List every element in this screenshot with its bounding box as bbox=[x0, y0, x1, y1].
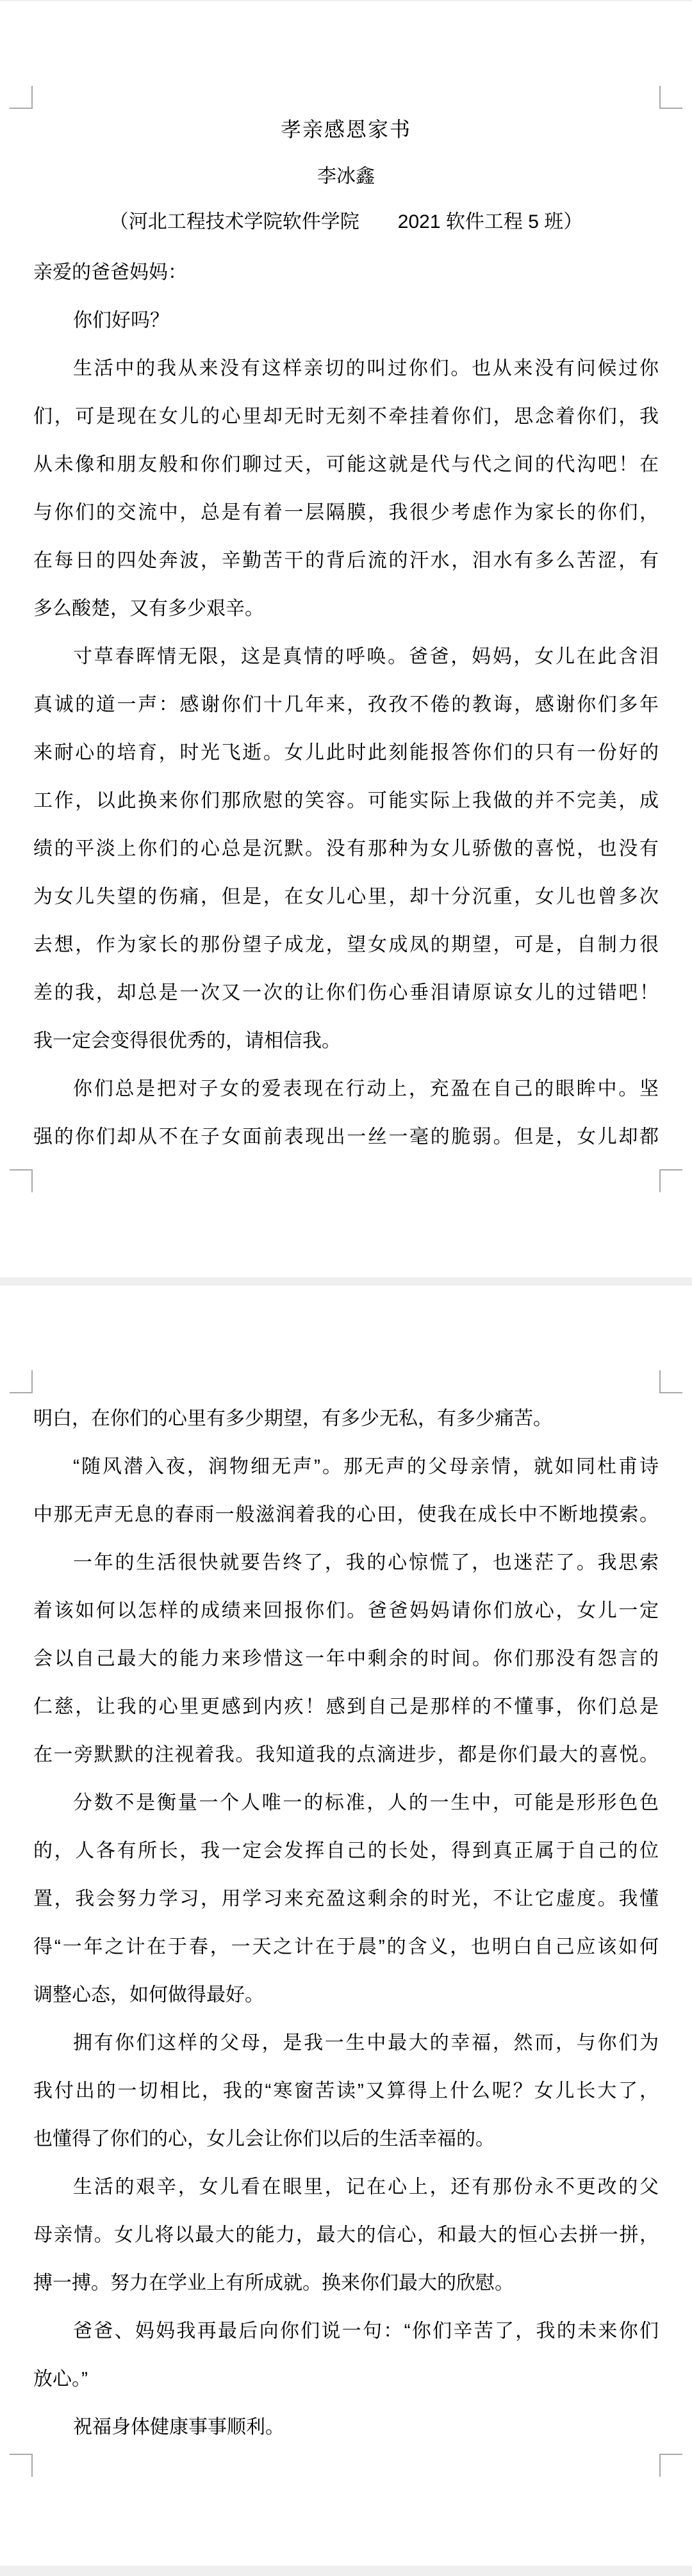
text-line[interactable]: 明白，在你们的心里有多少期望，有多少无私，有多少痛苦。 bbox=[33, 1395, 659, 1443]
text-line[interactable]: 母亲情。女儿将以最大的能力，最大的信心，和最大的恒心去拼一拼， bbox=[33, 2211, 659, 2259]
text-boundary-mark-bottom-right bbox=[659, 2454, 682, 2477]
page-gap-between-pages bbox=[0, 1277, 692, 1286]
text-line[interactable]: 多么酸楚，又有多少艰辛。 bbox=[33, 585, 659, 633]
text-line[interactable]: 一年的生活很快就要告终了，我的心惊慌了，也迷茫了。我思索 bbox=[33, 1539, 659, 1587]
text-line[interactable]: 生活中的我从来没有这样亲切的叫过你们。也从来没有问候过你 bbox=[33, 344, 659, 393]
text-line[interactable]: 的，人各有所长，我一定会发挥自己的长处，得到真正属于自己的位 bbox=[33, 1827, 659, 1875]
text-boundary-mark-top-right bbox=[659, 1370, 682, 1393]
text-line[interactable]: 亲爱的爸爸妈妈： bbox=[33, 248, 659, 296]
page-1-text: 亲爱的爸爸妈妈：你们好吗？生活中的我从来没有这样亲切的叫过你们。也从来没有问候过… bbox=[33, 248, 659, 1161]
text-line[interactable]: 着该如何以怎样的成绩来回报你们。爸爸妈妈请你们放心，女儿一定 bbox=[33, 1587, 659, 1635]
text-line[interactable]: 为女儿失望的伤痛，但是，在女儿心里，却十分沉重，女儿也曾多次 bbox=[33, 873, 659, 921]
page-2[interactable]: 明白，在你们的心里有多少期望，有多少无私，有多少痛苦。“随风潜入夜，润物细无声”… bbox=[0, 1286, 692, 2566]
text-line[interactable]: 们，可是现在女儿的心里却无时无刻不牵挂着你们，思念着你们，我 bbox=[33, 393, 659, 441]
text-line[interactable]: 中那无声无息的春雨一般滋润着我的心田，使我在成长中不断地摸索。 bbox=[33, 1491, 659, 1539]
text-boundary-mark-top-left bbox=[10, 1370, 33, 1393]
text-line[interactable]: 去想，作为家长的那份望子成龙，望女成凤的期望，可是，自制力很 bbox=[33, 921, 659, 969]
text-line[interactable]: 真诚的道一声：感谢你们十几年来，孜孜不倦的教诲，感谢你们多年 bbox=[33, 681, 659, 729]
text-line[interactable]: 祝福身体健康事事顺利。 bbox=[33, 2403, 659, 2451]
text-line[interactable]: “随风潜入夜，润物细无声”。那无声的父母亲情，就如同杜甫诗 bbox=[33, 1443, 659, 1491]
text-boundary-mark-bottom-left bbox=[10, 2454, 33, 2477]
text-line[interactable]: 搏一搏。努力在学业上有所成就。换来你们最大的欣慰。 bbox=[33, 2259, 659, 2307]
text-line[interactable]: 在每日的四处奔波，辛勤苦干的背后流的汗水，泪水有多么苦涩，有 bbox=[33, 537, 659, 585]
document-title[interactable]: 孝亲感恩家书 bbox=[0, 117, 692, 142]
text-line[interactable]: 调整心态，如何做得最好。 bbox=[33, 1971, 659, 2019]
text-line[interactable]: 绩的平淡上你们的心总是沉默。没有那种为女儿骄傲的喜悦，也没有 bbox=[33, 825, 659, 873]
text-line[interactable]: 寸草春晖情无限，这是真情的呼唤。爸爸，妈妈，女儿在此含泪 bbox=[33, 633, 659, 681]
text-boundary-mark-top-right bbox=[659, 86, 682, 109]
text-boundary-mark-bottom-left bbox=[10, 1169, 33, 1192]
document-canvas: 孝亲感恩家书 李冰鑫 （河北工程技术学院软件学院 2021 软件工程 5 班） … bbox=[0, 0, 692, 2576]
document-affiliation[interactable]: （河北工程技术学院软件学院 2021 软件工程 5 班） bbox=[0, 210, 692, 234]
text-boundary-mark-top-left bbox=[10, 86, 33, 109]
document-author[interactable]: 李冰鑫 bbox=[0, 165, 692, 189]
text-line[interactable]: 爸爸、妈妈我再最后向你们说一句：“你们辛苦了，我的未来你们 bbox=[33, 2307, 659, 2355]
page-1[interactable]: 孝亲感恩家书 李冰鑫 （河北工程技术学院软件学院 2021 软件工程 5 班） … bbox=[0, 1, 692, 1277]
text-line[interactable]: 生活的艰辛，女儿看在眼里，记在心上，还有那份永不更改的父 bbox=[33, 2163, 659, 2211]
text-line[interactable]: 我付出的一切相比，我的“寒窗苦读”又算得上什么呢？女儿长大了， bbox=[33, 2067, 659, 2115]
text-line[interactable]: 你们好吗？ bbox=[33, 296, 659, 344]
text-line[interactable]: 置，我会努力学习，用学习来充盈这剩余的时光，不让它虚度。我懂 bbox=[33, 1875, 659, 1923]
text-line[interactable]: 你们总是把对子女的爱表现在行动上，充盈在自己的眼眸中。坚 bbox=[33, 1065, 659, 1113]
text-line[interactable]: 来耐心的培育，时光飞逝。女儿此时此刻能报答你们的只有一份好的 bbox=[33, 729, 659, 777]
text-line[interactable]: 也懂得了你们的心，女儿会让你们以后的生活幸福的。 bbox=[33, 2115, 659, 2163]
text-line[interactable]: 差的我，却总是一次又一次的让你们伤心垂泪请原谅女儿的过错吧！ bbox=[33, 969, 659, 1017]
text-line[interactable]: 我一定会变得很优秀的，请相信我。 bbox=[33, 1017, 659, 1065]
text-line[interactable]: 分数不是衡量一个人唯一的标准，人的一生中，可能是形形色色 bbox=[33, 1779, 659, 1827]
page-gap-bottom bbox=[0, 2566, 692, 2576]
text-line[interactable]: 拥有你们这样的父母，是我一生中最大的幸福，然而，与你们为 bbox=[33, 2019, 659, 2067]
text-line[interactable]: 从未像和朋友般和你们聊过天，可能这就是代与代之间的代沟吧！在 bbox=[33, 441, 659, 489]
text-line[interactable]: 与你们的交流中，总是有着一层隔膜，我很少考虑作为家长的你们， bbox=[33, 489, 659, 537]
text-line[interactable]: 工作，以此换来你们那欣慰的笑容。可能实际上我做的并不完美，成 bbox=[33, 777, 659, 825]
text-line[interactable]: 放心。” bbox=[33, 2355, 659, 2403]
text-line[interactable]: 强的你们却从不在子女面前表现出一丝一毫的脆弱。但是，女儿却都 bbox=[33, 1113, 659, 1161]
text-line[interactable]: 在一旁默默的注视着我。我知道我的点滴进步，都是你们最大的喜悦。 bbox=[33, 1731, 659, 1779]
text-line[interactable]: 会以自己最大的能力来珍惜这一年中剩余的时间。你们那没有怨言的 bbox=[33, 1635, 659, 1683]
page-2-text: 明白，在你们的心里有多少期望，有多少无私，有多少痛苦。“随风潜入夜，润物细无声”… bbox=[33, 1395, 659, 2451]
text-line[interactable]: 仁慈，让我的心里更感到内疚！感到自己是那样的不懂事，你们总是 bbox=[33, 1683, 659, 1731]
text-boundary-mark-bottom-right bbox=[659, 1169, 682, 1192]
text-line[interactable]: 得“一年之计在于春，一天之计在于晨”的含义，也明白自己应该如何 bbox=[33, 1923, 659, 1971]
